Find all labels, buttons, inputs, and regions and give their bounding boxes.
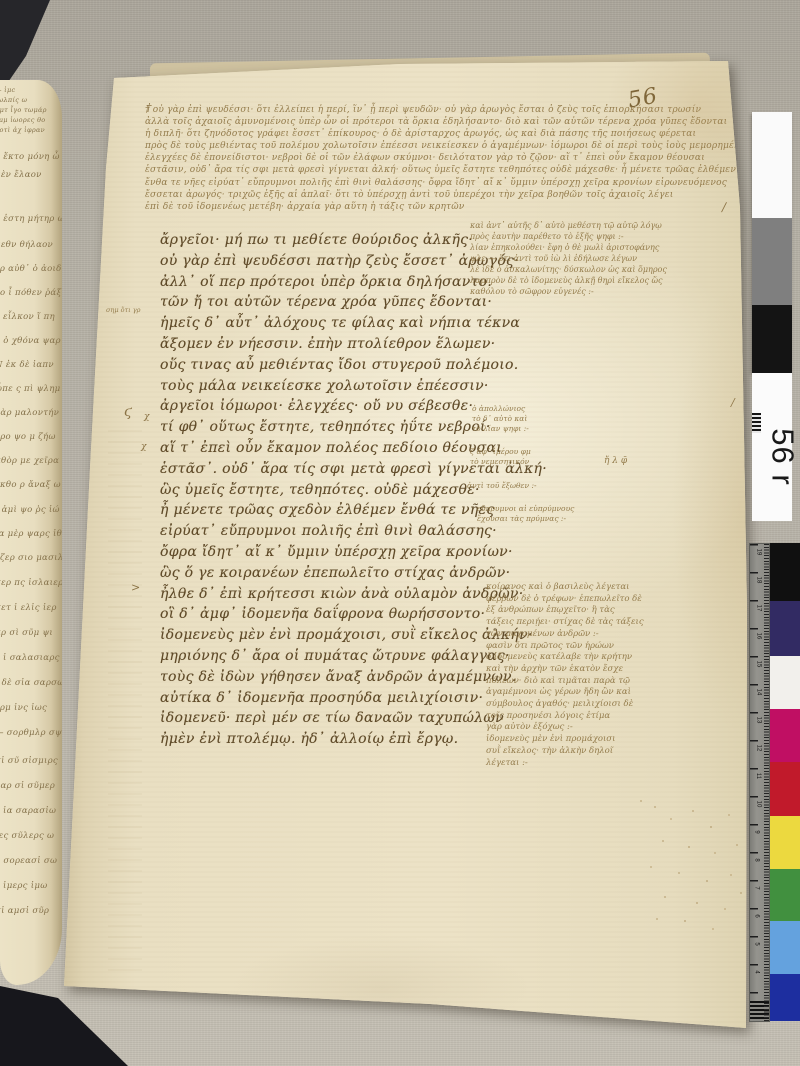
scholia-line: ἔσσεται ἀρωγός· τριχῶς ἑξῆς αἱ ἁπλαῖ· ὅτ…	[145, 189, 745, 201]
verse-line: ἡμεῖς δ᾽ αὖτ᾽ ἀλόχους τε φίλας καὶ νήπια…	[160, 313, 547, 334]
scholia-line: φέρβων δὲ ὁ τρέφων· ἐπεπωλεῖτο δὲ	[486, 594, 656, 606]
ruler-number: 8	[754, 858, 760, 861]
ruler-number: 10	[755, 801, 761, 808]
margin-siglum: †	[146, 101, 152, 114]
scholia-line: φασὶν ὅτι πρῶτος τῶν ἡρώων	[486, 641, 656, 653]
interlinear-note: ἤ λ φ̄	[604, 456, 627, 466]
scholia-line: λίαν ἐπηκολούθει· ἔφη ὁ θὲ μωλὶ ἀριστοφά…	[470, 242, 667, 253]
facing-page-text-fragment: ἔμμ ἰωορες θο	[0, 116, 46, 124]
right-marginal-note-c: ἀντὶ τοῦ ἔξωθεν :-	[467, 481, 537, 491]
ruler-number: 5	[754, 942, 760, 945]
green-patch	[770, 869, 800, 921]
scholia-line: ἐξ ἀνθρώπων ἐπῳχεῖτο· ἢ τὰς	[486, 605, 656, 617]
verse-line: τοὺς μάλα νεικείεσκε χολωτοῖσιν ἐπέεσσιν…	[160, 376, 547, 397]
facing-page-text-fragment: μεθν θήλαον	[0, 240, 53, 250]
scholia-line: ψλε — ὅτι ἀντὶ τοῦ ἰὼ λὶ ἐδήλωσε λέγων	[470, 253, 667, 264]
scholia-line: ἀλλὰ τοῖς ἀχαιοῖς ἀμυνομένοις ὑπὲρ ὧν οἱ…	[145, 116, 745, 128]
scholia-line: ζ ἀφ᾽ ἱμέρου φμ	[470, 447, 531, 457]
yellow-patch	[770, 816, 800, 869]
scholia-line: καθόλου τὸ σῶφρον εὐγενές :-	[470, 286, 667, 297]
top-scholia-block: † οὐ γὰρ ἐπὶ ψευδέσσι· ὅτι ἐλλείπει ἡ πε…	[145, 104, 745, 213]
ruler-number: 14	[755, 689, 761, 696]
folio-label-card: 56 r	[752, 373, 792, 521]
margin-siglum: χ	[144, 412, 149, 422]
facing-page-text-fragment: αρ σὶ σῦμ ψι	[0, 628, 53, 638]
scholia-line: ἔνθα τε νῆες εἰρύατ᾽ εὔπρυμνοι πολιῆς ἐπ…	[145, 177, 745, 189]
ruler-numbers: 19181716151413121110987654	[749, 543, 770, 1022]
ruler-number: 13	[755, 717, 761, 724]
scholia-line: λαμπρὸν δὲ τὸ ἰδομενεὺς ἀλκῇ θηρὶ εἴκελο…	[470, 275, 667, 286]
grayscale-calibration-bar	[752, 112, 792, 373]
color-calibration-patches	[770, 543, 800, 1021]
scholia-line: τὸ λίαν ψηφι :-	[472, 424, 529, 434]
facing-page-text-fragment: ερμ ἰνς ἰως	[0, 703, 47, 713]
facing-page-text-fragment: ς ἰμερς ἰμω	[0, 881, 47, 891]
ruler-number: 9	[754, 830, 760, 833]
verse-line: εἰρύατ᾽ εὔπρυμνοι πολιῆς ἐπὶ θινὶ θαλάσσ…	[160, 521, 547, 542]
ruler-number: 11	[755, 773, 761, 779]
light-blue-patch	[770, 921, 800, 974]
scholia-line: ἀντὶ τοῦ ἔξωθεν :-	[467, 481, 537, 491]
facing-page-text-fragment: ναρ σἰ σῦμερ	[0, 781, 55, 791]
scholia-line: καὶ ἀντ᾽ αὐτῆς δ᾽ αὐτὸ μεθέστη τῷ αὐτῷ λ…	[470, 220, 667, 231]
facing-page-text-fragment: ς εἷλκον ἵ πη	[0, 312, 55, 322]
facing-page-text-fragment: Ν ἐκ δὲ ἰαπν	[0, 360, 54, 370]
facing-page-text-fragment: μὲν ἔλαον	[0, 170, 42, 180]
facing-page-text-fragment: — ἱμϲ	[0, 86, 15, 94]
right-scholia-top: καὶ ἀντ᾽ αὐτῆς δ᾽ αὐτὸ μεθέστη τῷ αὐτῷ λ…	[470, 220, 667, 297]
ruler-number: 12	[755, 745, 761, 752]
manuscript-page: 56 † οὐ γὰρ ἐπὶ ψευδέσσι· ὅτι ἐλλείπει ἡ…	[50, 48, 756, 1038]
scholia-line: κοίρανος καὶ ὁ βασιλεὺς λέγεται	[486, 582, 656, 594]
scholia-line: ἀγαμέμνονι ὡς γέρων ἤδη ὢν καὶ	[486, 687, 656, 699]
verse-line: ὄφρα ἴδητ᾽ αἴ κ᾽ ὔμμιν ὑπέρσχῃ χεῖρα κρο…	[160, 542, 547, 563]
scholia-line: συῒ εἴκελος· τὴν ἀλκὴν δηλοῖ	[486, 746, 656, 758]
scholia-line: ἐπὶ δὲ τοῦ ἰδομενέως μετέβη· ἀρχαία γὰρ …	[145, 201, 745, 213]
right-scholia-bottom: κοίρανος καὶ ὁ βασιλεὺς λέγεταιφέρβων δὲ…	[486, 582, 656, 769]
ruler-number: 19	[755, 549, 761, 556]
dark-blue-patch	[770, 974, 800, 1021]
verse-line: οὕς τινας αὖ μεθιέντας ἴδοι στυγεροῦ πολ…	[160, 355, 547, 376]
scholia-line: λὲ ἰδὲ ὁ ἀσκαλωνίτης· δύσκωλον ὡς καὶ ὅμ…	[470, 264, 667, 275]
ruler-number: 17	[755, 605, 761, 612]
margin-siglum: ∕	[731, 396, 735, 409]
facing-page-text-fragment: ἰες σῦλερς ω	[0, 831, 54, 841]
scholia-line: τοῖς προσηνέσι λόγοις ἐτίμα	[486, 711, 656, 723]
scholia-line: καὶ τὴν ἀρχὴν τῶν ἑκατὸν ἔσχε	[486, 664, 656, 676]
ruler-number: 18	[755, 577, 761, 584]
scholia-line: ἐλεγχέες δὲ ἐπονείδιστοι· νεβροὶ δὲ οἱ τ…	[145, 152, 745, 164]
black-patch	[770, 543, 800, 601]
margin-siglum: ∕	[722, 200, 726, 214]
manuscript-page-wrap: 56 † οὐ γὰρ ἐπὶ ψευδέσσι· ὅτι ἐλλείπει ἡ…	[50, 48, 756, 1038]
black-patch	[752, 305, 792, 373]
margin-siglum: ϛ	[124, 404, 132, 420]
ruler-number: 6	[754, 914, 760, 917]
facing-page-text-fragment: ἰωλπίς ω	[0, 96, 27, 104]
magenta-patch	[770, 709, 800, 762]
verse-line: ὣς ὅ γε κοιρανέων ἐπεπωλεῖτο στίχας ἀνδρ…	[160, 563, 547, 584]
verse-line: ἄξομεν ἐν νήεσσιν. ἐπὴν πτολίεθρον ἕλωμε…	[160, 334, 547, 355]
margin-siglum: >	[131, 581, 140, 594]
scholia-line: ἰδομενεὺς μὲν ἐνὶ προμάχοισι	[486, 734, 656, 746]
scholia-line: λέγεται :-	[486, 758, 656, 770]
scholia-line: τὸ δ᾽ αὐτὸ καὶ	[472, 414, 529, 424]
red-patch	[770, 762, 800, 816]
facing-page-text-fragment: σἰ αμσἰ σῦρ	[0, 906, 49, 916]
facing-page-text-fragment: σετ ἰ ελἰς ἰερ	[0, 603, 57, 613]
ink-bleedthrough	[108, 430, 142, 978]
facing-page-text-fragment: δ σορεασἰ σω	[0, 856, 57, 866]
right-marginal-note-d: εὔπρυμνοι αἱ εὐπρύμνουςἔχουσαι τὰς πρύμν…	[477, 504, 574, 524]
facing-page-text-fragment: ς ἰα σαρασἰω	[0, 806, 56, 816]
facing-page-text-fragment: μοτὶ ἀχ ἰφραν	[0, 126, 45, 134]
scholia-line: τὸ νεμεσητικόν	[470, 457, 531, 467]
white-patch	[752, 112, 792, 218]
right-marginal-note-a: ὁ ἀπολλώνιοςτὸ δ᾽ αὐτὸ καὶτὸ λίαν ψηφι :…	[472, 404, 529, 434]
scholia-line: πρὸς δὲ τοὺς μεθιέντας τοῦ πολέμου χολωτ…	[145, 140, 745, 152]
facing-page-text-fragment: βρο ψο μ ζήω	[0, 432, 56, 442]
white-patch	[770, 656, 800, 709]
scholia-line: ἔχουσαι τὰς πρύμνας :-	[477, 514, 574, 524]
gray-patch	[752, 218, 792, 305]
ruler-number: 7	[754, 886, 760, 889]
right-marginal-note-b: ζ ἀφ᾽ ἱμέρου φμτὸ νεμεσητικόν	[470, 447, 531, 467]
manuscript-photo: — ἱμϲἰωλπίς ωπμτ ἶγο τωμάρἔμμ ἰωορες θομ…	[0, 0, 800, 1066]
parchment-speckles	[640, 800, 642, 802]
scholia-line: † οὐ γὰρ ἐπὶ ψευδέσσι· ὅτι ἐλλείπει ἡ πε…	[145, 104, 745, 116]
scholia-line: εὔπρυμνοι αἱ εὐπρύμνους	[477, 504, 574, 514]
left-margin-note: σημ ὅτι γρ	[106, 306, 140, 314]
facing-page-text-fragment: πμτ ἶγο τωμάρ	[0, 106, 47, 114]
scholia-line: τῶν μαχομένων ἀνδρῶν :-	[486, 629, 656, 641]
scholia-line: ὁ ἰδομενεὺς κατέλαβε τὴν κρήτην	[486, 652, 656, 664]
ruler-number: 16	[755, 633, 761, 640]
ruler-number: 15	[755, 661, 761, 668]
scholia-line: σύμβουλος ἀγαθός· μειλιχίοισι δὲ	[486, 699, 656, 711]
scholia-line: ἡ διπλῆ· ὅτι ζηνόδοτος γράφει ἔσσετ᾽ ἐπί…	[145, 128, 745, 140]
scholia-line: πρὸς ἑαυτὴν παρέθετο τὸ ἑξῆς ψηφι :-	[470, 231, 667, 242]
navy-patch	[770, 601, 800, 656]
ruler-number: 4	[754, 970, 760, 973]
scholia-line: γὰρ αὐτὸν ἐξόχως :-	[486, 722, 656, 734]
folio-side-label: 56 r	[765, 428, 800, 485]
scholia-line: ὁ ἀπολλώνιος	[472, 404, 529, 414]
barcode-mark	[752, 413, 761, 433]
margin-siglum: χ	[141, 442, 146, 452]
scholia-line: τάξεις περιῄει· στίχας δὲ τὰς τάξεις	[486, 617, 656, 629]
scholia-line: πόλεων· διὸ καὶ τιμᾶται παρὰ τῷ	[486, 676, 656, 688]
scholia-line: ἑστᾶσιν, οὐδ᾽ ἄρα τίς σφι μετὰ φρεσὶ γίγ…	[145, 164, 745, 176]
